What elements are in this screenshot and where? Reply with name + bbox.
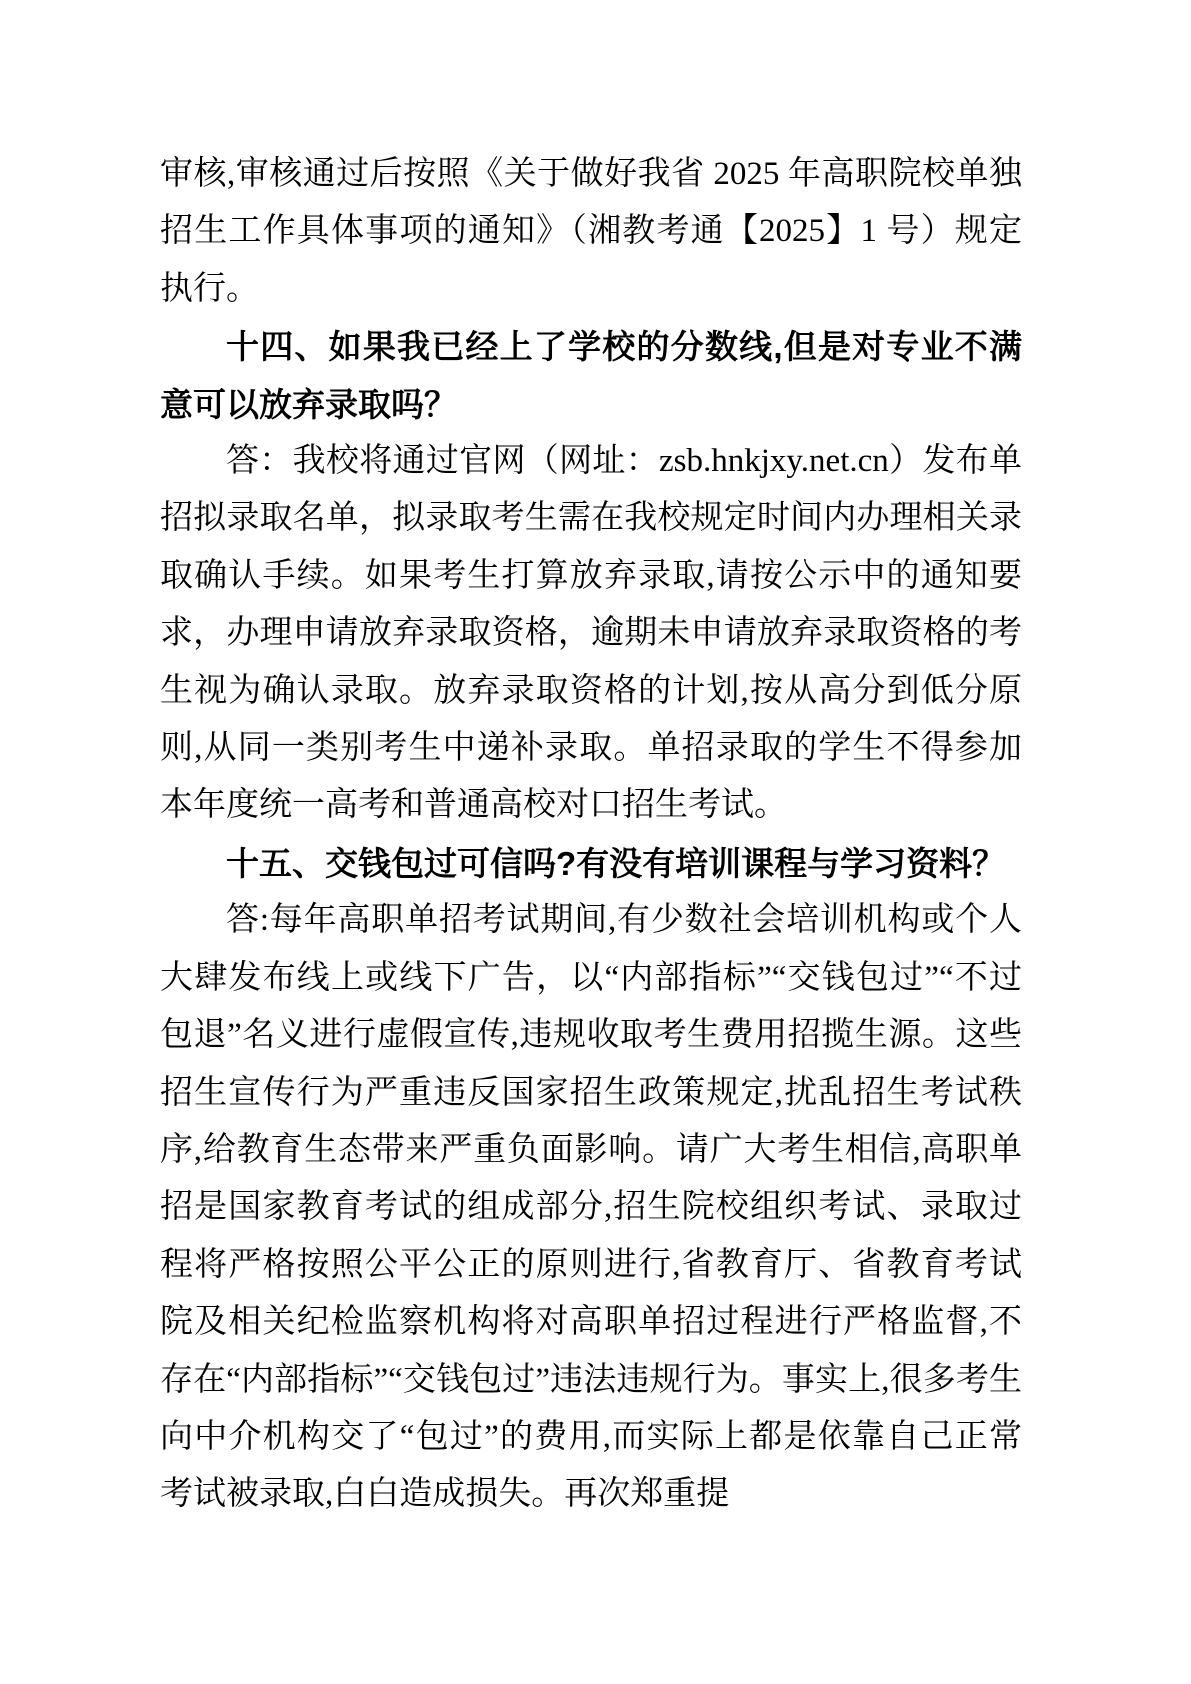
question-15-heading: 十五、交钱包过可信吗?有没有培训课程与学习资料？ bbox=[160, 835, 1022, 892]
paragraph-continued-from-previous-page: 审核,审核通过后按照《关于做好我省 2025 年高职院校单独招生工作具体事项的通… bbox=[160, 146, 1022, 318]
question-14-heading: 十四、如果我已经上了学校的分数线,但是对专业不满意可以放弃录取吗？ bbox=[160, 318, 1022, 433]
answer-14-paragraph: 答：我校将通过官网（网址：zsb.hnkjxy.net.cn）发布单招拟录取名单… bbox=[160, 433, 1022, 835]
answer-15-paragraph: 答:每年高职单招考试期间,有少数社会培训机构或个人大肆发布线上或线下广告，以“内… bbox=[160, 892, 1022, 1523]
document-content: 审核,审核通过后按照《关于做好我省 2025 年高职院校单独招生工作具体事项的通… bbox=[160, 146, 1022, 1524]
document-page: 审核,审核通过后按照《关于做好我省 2025 年高职院校单独招生工作具体事项的通… bbox=[0, 0, 1191, 1684]
